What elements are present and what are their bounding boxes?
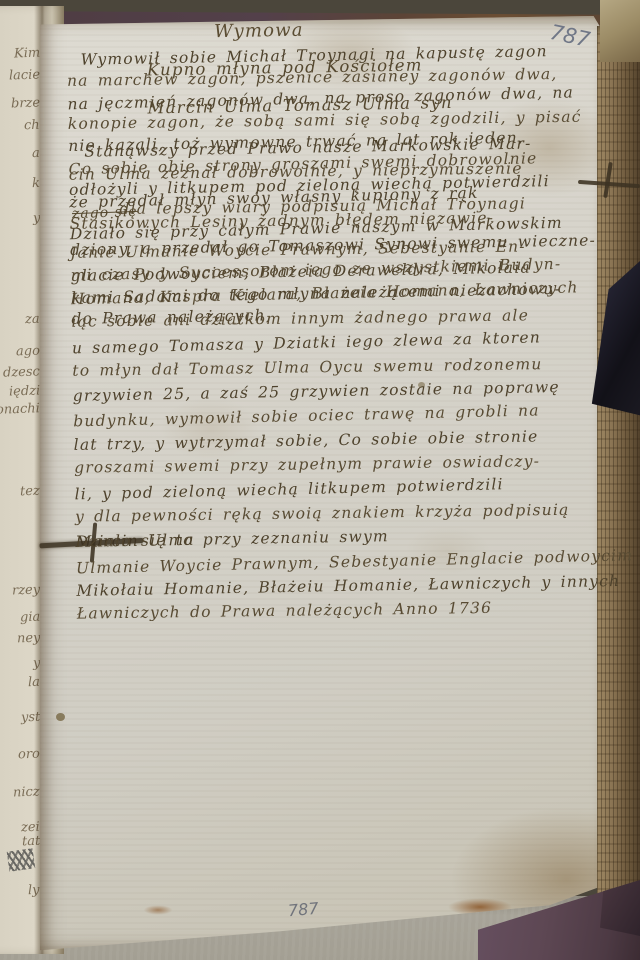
- text-after-signature: Działo się to przy zeznaniu swym: [75, 528, 389, 552]
- ink-spot: [56, 713, 65, 721]
- pencil-folio-number-bottom: 787: [287, 899, 319, 921]
- handwritten-text-block: Wymowa Wymowił sobie Michał Troynagi na …: [66, 14, 596, 140]
- struck-out-word: zago się: [72, 204, 138, 222]
- pencil-scribble: [7, 848, 36, 871]
- manuscript-photo: Kim lacie brze ch a k y za ago dzesc ięd…: [0, 0, 640, 960]
- paragraph-kupno: Stanąwszy przed Prawo nasze Markowskie M…: [68, 130, 634, 628]
- rust-stain: [140, 904, 176, 916]
- page-block-top-corner: [600, 0, 640, 62]
